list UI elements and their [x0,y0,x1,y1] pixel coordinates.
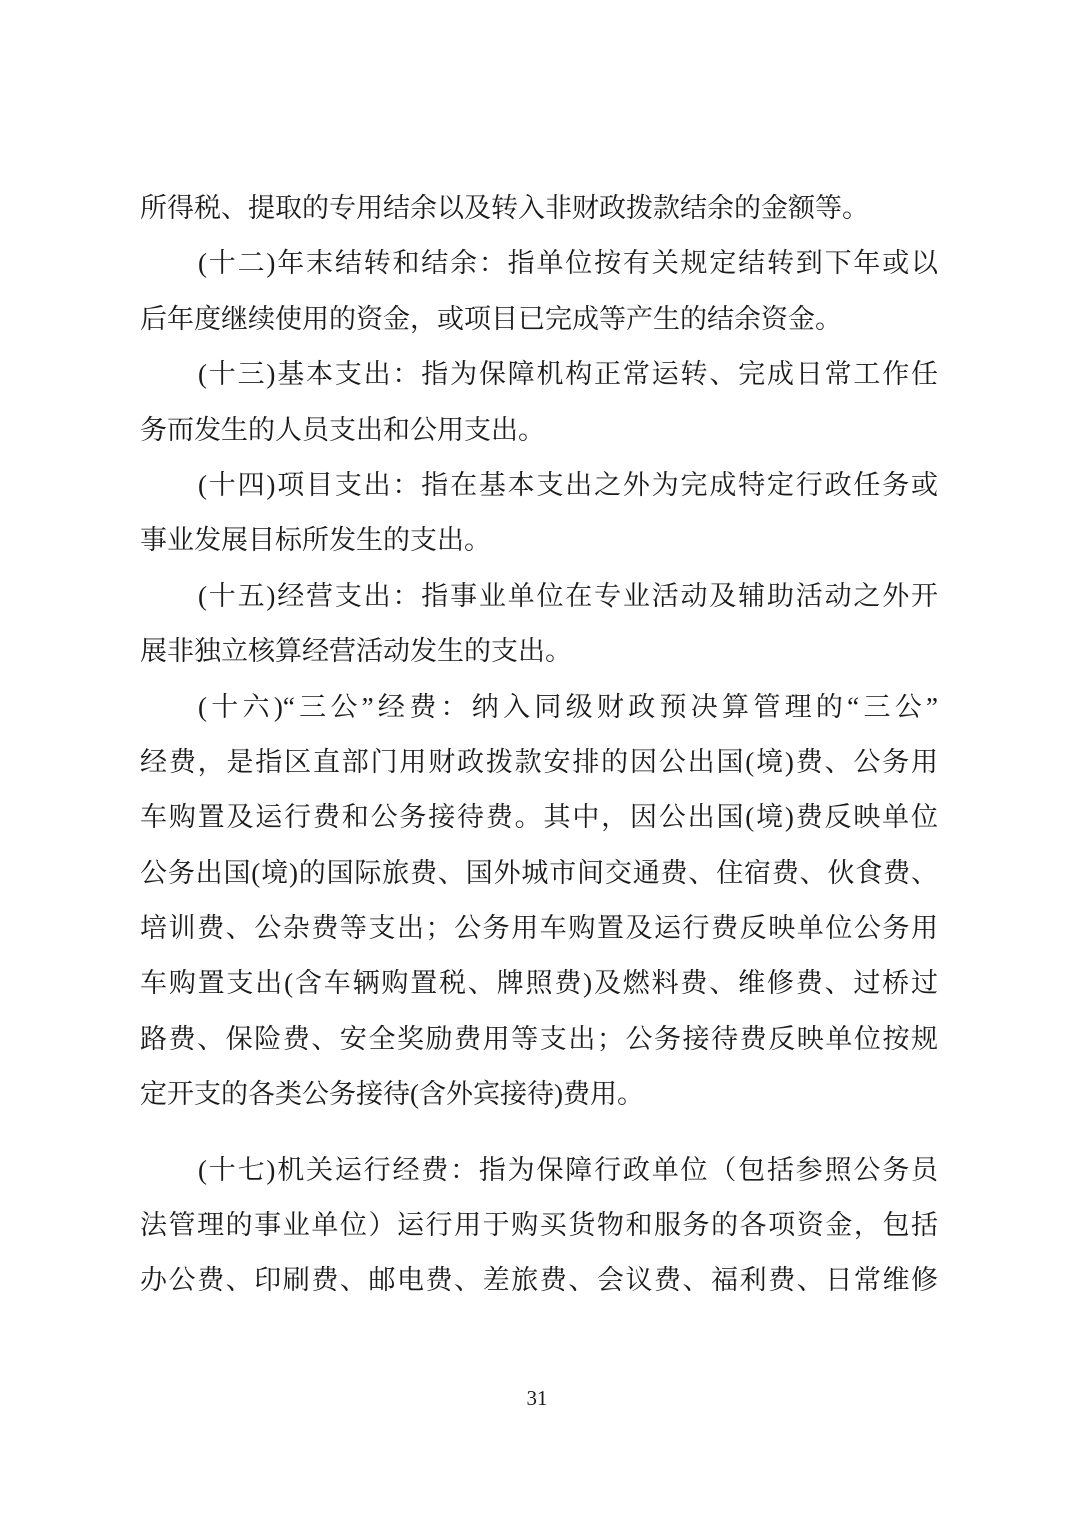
text-line: 所得税、提取的专用结余以及转入非财政拨款结余的金额等。 [140,181,938,236]
text-line: (十三)基本支出：指为保障机构正常运转、完成日常工作任 [140,347,938,402]
text-line: 后年度继续使用的资金，或项目已完成等产生的结余资金。 [140,292,938,347]
text-line: 办公费、印刷费、邮电费、差旅费、会议费、福利费、日常维修 [140,1253,938,1308]
text-block: 所得税、提取的专用结余以及转入非财政拨款结余的金额等。(十二)年末结转和结余：指… [140,181,938,1309]
text-line: 车购置及运行费和公务接待费。其中，因公出国(境)费反映单位 [140,790,938,845]
text-line: 事业发展目标所发生的支出。 [140,513,938,568]
text-line: 展非独立核算经营活动发生的支出。 [140,624,938,679]
text-line: 法管理的事业单位）运行用于购买货物和服务的各项资金，包括 [140,1198,938,1253]
text-line: (十五)经营支出：指事业单位在专业活动及辅助活动之外开 [140,569,938,624]
text-line: 公务出国(境)的国际旅费、国外城市间交通费、住宿费、伙食费、 [140,846,938,901]
text-line: (十四)项目支出：指在基本支出之外为完成特定行政任务或 [140,458,938,513]
text-line: 经费，是指区直部门用财政拨款安排的因公出国(境)费、公务用 [140,735,938,790]
text-line: (十七)机关运行经费：指为保障行政单位（包括参照公务员 [140,1143,938,1198]
text-line: 定开支的各类公务接待(含外宾接待)费用。 [140,1067,938,1122]
text-line: 车购置支出(含车辆购置税、牌照费)及燃料费、维修费、过桥过 [140,956,938,1011]
text-line: 路费、保险费、安全奖励费用等支出；公务接待费反映单位按规 [140,1012,938,1067]
page-number: 31 [0,1386,1074,1411]
text-line: (十二)年末结转和结余：指单位按有关规定结转到下年或以 [140,236,938,291]
text-line: 务而发生的人员支出和公用支出。 [140,403,938,458]
text-line: 培训费、公杂费等支出；公务用车购置及运行费反映单位公务用 [140,901,938,956]
text-line: (十六)“三公”经费：纳入同级财政预决算管理的“三公” [140,680,938,735]
